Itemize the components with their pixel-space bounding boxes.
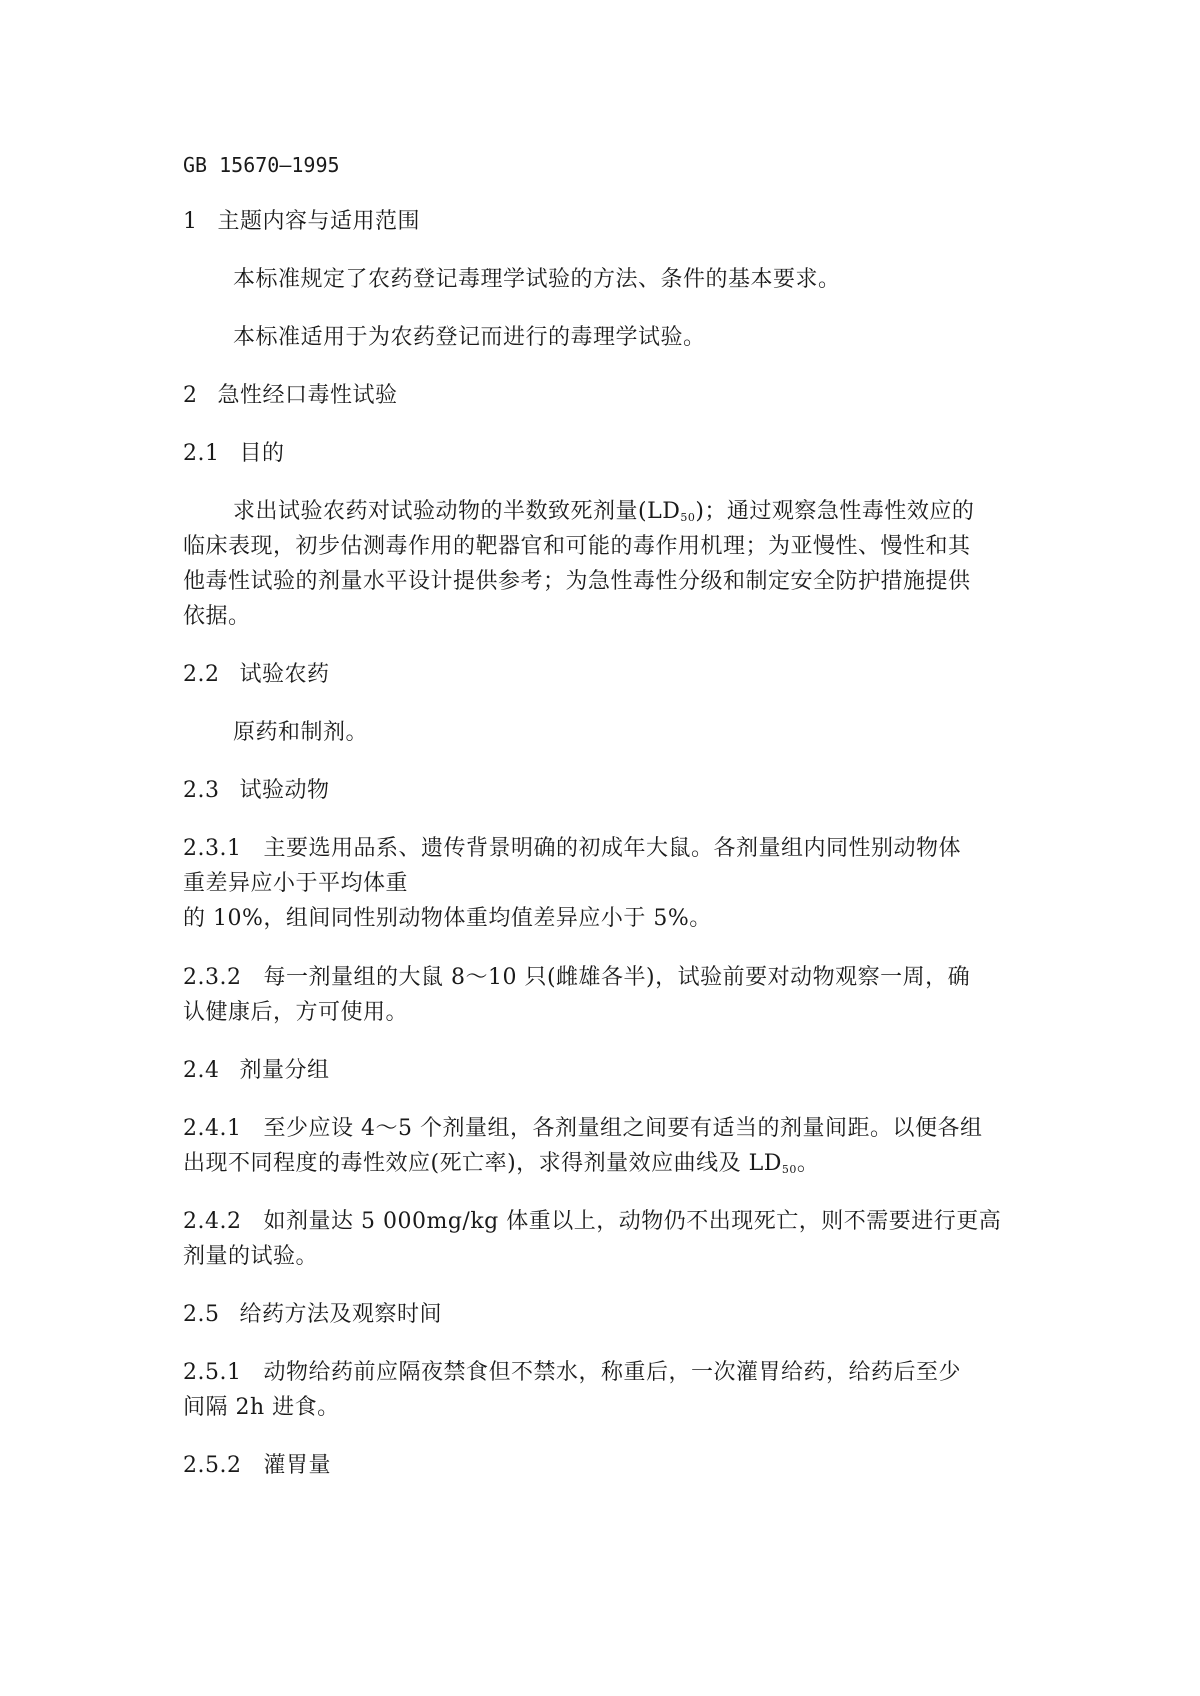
heading-section-2-4: 2.4剂量分组 [183,1058,330,1084]
clause-2-5-2: 2.5.2灌胃量 [183,1453,331,1479]
heading-section-1: 1主题内容与适用范围 [183,209,420,235]
paragraph-line: 依据。 [183,604,251,630]
paragraph-line: 认健康后，方可使用。 [183,1000,408,1026]
text-span: 求出试验农药对试验动物的半数致死剂量(LD [233,499,680,524]
section-title: 剂量分组 [240,1058,330,1083]
clause-number: 2.3.1 [183,836,241,862]
section-number: 2.2 [183,662,220,688]
paragraph-line: 临床表现，初步估测毒作用的靶器官和可能的毒作用机理；为亚慢性、慢性和其 [183,534,971,560]
paragraph: 原药和制剂。 [233,720,368,746]
section-title: 试验动物 [240,778,330,803]
document-id: GB 15670—1995 [183,152,340,178]
clause-number: 2.4.2 [183,1209,241,1235]
clause-text: 每一剂量组的大鼠 8～10 只(雌雄各半)，试验前要对动物观察一周，确 [263,965,970,990]
paragraph-line: 间隔 2h 进食。 [183,1395,340,1421]
clause-text: 如剂量达 5 000mg/kg 体重以上，动物仍不出现死亡，则不需要进行更高 [263,1209,1001,1234]
section-number: 2.3 [183,778,220,804]
clause-number: 2.5.1 [183,1360,241,1386]
clause-2-4-2: 2.4.2如剂量达 5 000mg/kg 体重以上，动物仍不出现死亡，则不需要进… [183,1209,1001,1235]
section-title: 主题内容与适用范围 [218,209,421,234]
document-page: GB 15670—1995 1主题内容与适用范围 本标准规定了农药登记毒理学试验… [0,0,1200,1696]
clause-text: 至少应设 4～5 个剂量组，各剂量组之间要有适当的剂量间距。以便各组 [263,1116,982,1141]
paragraph-line: 的 10%，组间同性别动物体重均值差异应小于 5%。 [183,906,712,932]
clause-number: 2.5.2 [183,1453,241,1479]
section-title: 目的 [240,441,285,466]
text-span: )；通过观察急性毒性效应的 [695,499,974,524]
paragraph: 本标准规定了农药登记毒理学试验的方法、条件的基本要求。 [233,267,841,293]
section-title: 给药方法及观察时间 [240,1302,443,1327]
section-number: 2.4 [183,1058,220,1084]
paragraph-line: 出现不同程度的毒性效应(死亡率)，求得剂量效应曲线及 LD50。 [183,1151,819,1183]
subscript: 50 [782,1163,797,1176]
section-number: 2 [183,383,198,409]
clause-2-3-1: 2.3.1主要选用品系、遗传背景明确的初成年大鼠。各剂量组内同性别动物体 [183,836,961,862]
clause-2-5-1: 2.5.1动物给药前应隔夜禁食但不禁水，称重后，一次灌胃给药，给药后至少 [183,1360,961,1386]
clause-2-3-2: 2.3.2每一剂量组的大鼠 8～10 只(雌雄各半)，试验前要对动物观察一周，确 [183,965,970,991]
paragraph-line: 他毒性试验的剂量水平设计提供参考；为急性毒性分级和制定安全防护措施提供 [183,569,971,595]
heading-section-2-1: 2.1目的 [183,441,285,467]
paragraph-line: 重差异应小于平均体重 [183,871,408,897]
heading-section-2-3: 2.3试验动物 [183,778,330,804]
section-title: 试验农药 [240,662,330,687]
clause-title: 灌胃量 [263,1453,331,1478]
heading-section-2: 2急性经口毒性试验 [183,383,398,409]
section-number: 2.5 [183,1302,220,1328]
paragraph-line: 求出试验农药对试验动物的半数致死剂量(LD50)；通过观察急性毒性效应的 [233,499,974,531]
clause-number: 2.3.2 [183,965,241,991]
clause-2-4-1: 2.4.1至少应设 4～5 个剂量组，各剂量组之间要有适当的剂量间距。以便各组 [183,1116,982,1142]
section-number: 1 [183,209,198,235]
heading-section-2-5: 2.5给药方法及观察时间 [183,1302,442,1328]
text-span: 。 [797,1151,820,1176]
paragraph-line: 剂量的试验。 [183,1244,318,1270]
clause-number: 2.4.1 [183,1116,241,1142]
clause-text: 动物给药前应隔夜禁食但不禁水，称重后，一次灌胃给药，给药后至少 [263,1360,961,1385]
heading-section-2-2: 2.2试验农药 [183,662,330,688]
paragraph: 本标准适用于为农药登记而进行的毒理学试验。 [233,325,706,351]
section-title: 急性经口毒性试验 [218,383,398,408]
text-span: 出现不同程度的毒性效应(死亡率)，求得剂量效应曲线及 LD [183,1151,782,1176]
clause-text: 主要选用品系、遗传背景明确的初成年大鼠。各剂量组内同性别动物体 [263,836,961,861]
subscript: 50 [680,511,695,524]
section-number: 2.1 [183,441,220,467]
